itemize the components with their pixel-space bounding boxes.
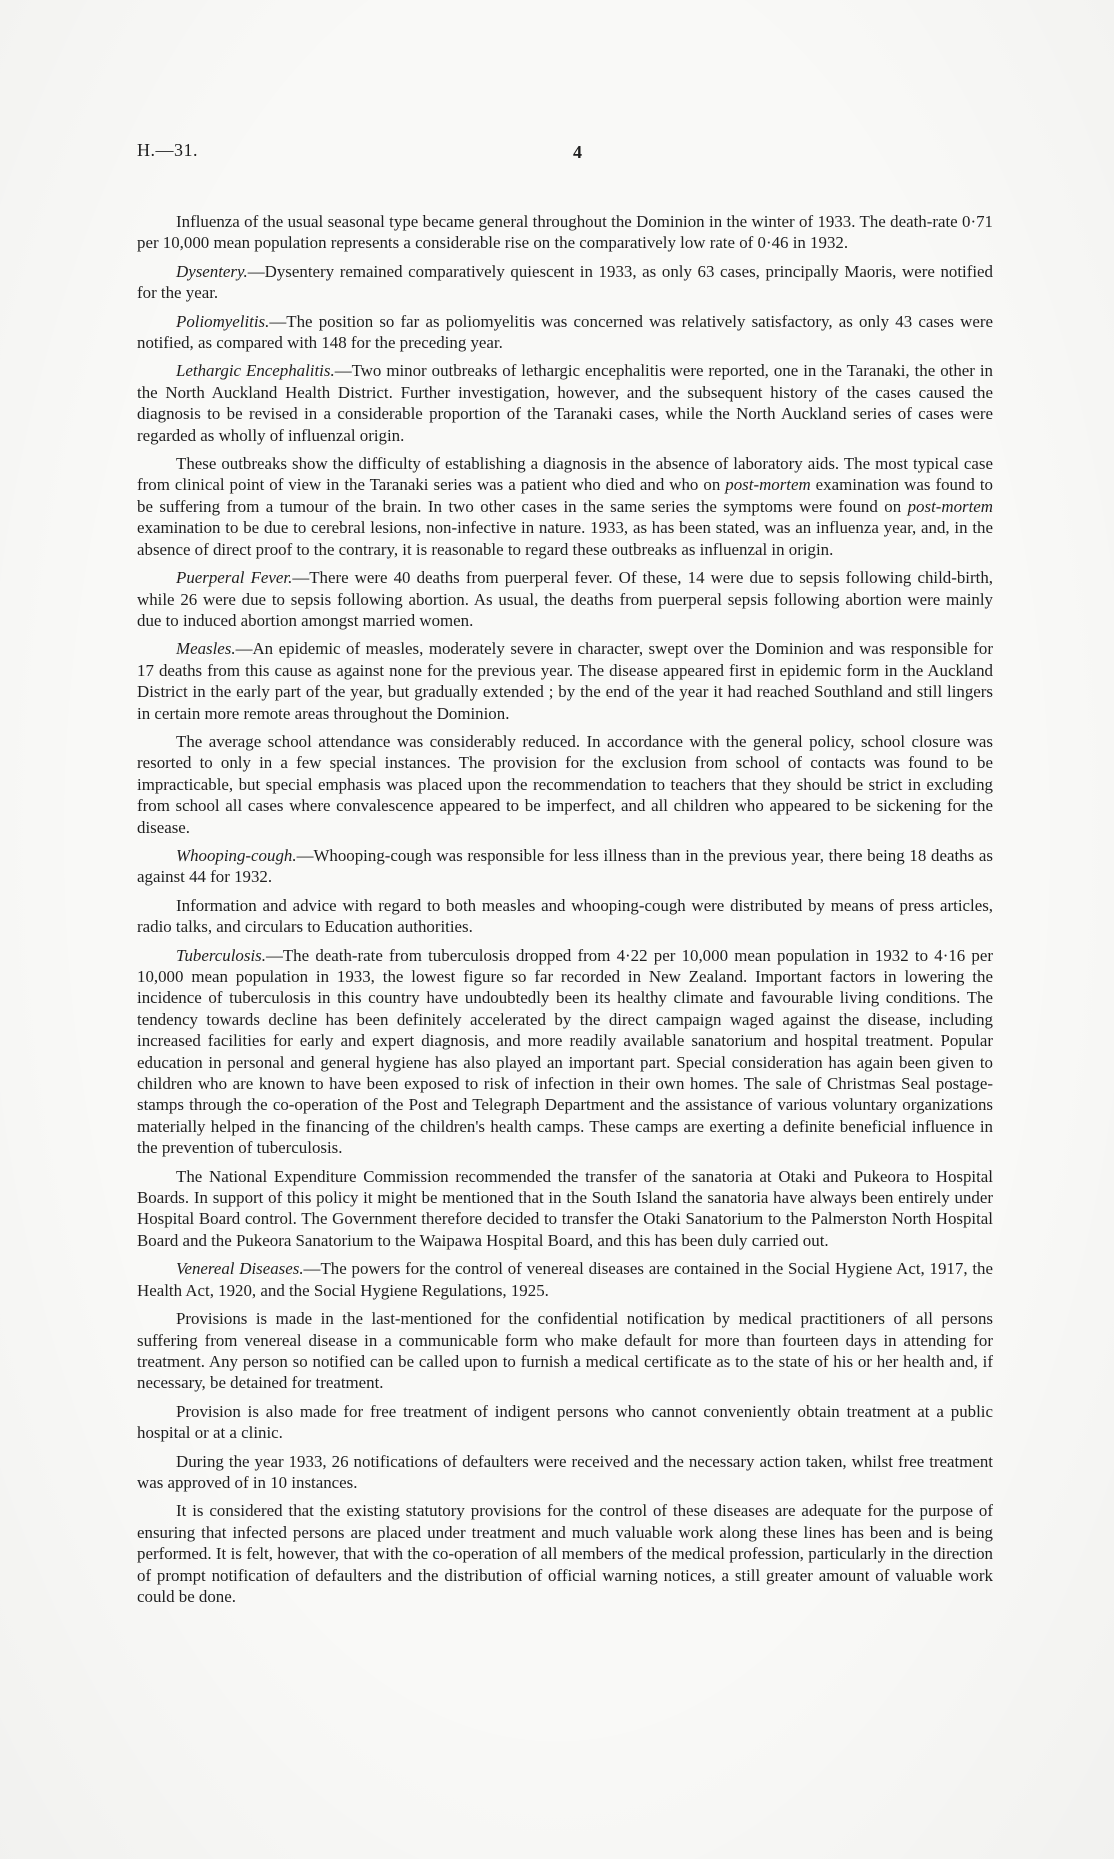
paragraph-text: —Dysentery remained comparatively quiesc… (137, 262, 993, 302)
paragraph: During the year 1933, 26 notifications o… (137, 1451, 993, 1494)
page-header: H.—31. 4 (137, 140, 993, 166)
paragraph-text: Influenza of the usual seasonal type bec… (137, 212, 993, 252)
paragraph: Poliomyelitis.—The position so far as po… (137, 311, 993, 354)
paragraph-text: —An epidemic of measles, moderately seve… (137, 639, 993, 722)
paragraph: Lethargic Encephalitis.—Two minor outbre… (137, 360, 993, 446)
page-number: 4 (573, 142, 582, 163)
paragraph-lead-italic: Lethargic Encephalitis. (176, 361, 335, 380)
paragraph-lead-italic: post-mortem (725, 475, 810, 494)
report-number: H.—31. (137, 140, 198, 161)
paragraph: Influenza of the usual seasonal type bec… (137, 211, 993, 254)
paragraph: It is considered that the existing statu… (137, 1500, 993, 1607)
paragraph-text: It is considered that the existing statu… (137, 1501, 993, 1606)
paragraph: Venereal Diseases.—The powers for the co… (137, 1258, 993, 1301)
paragraph-text: The average school attendance was consid… (137, 732, 993, 837)
paragraph-lead-italic: Tuberculosis. (176, 946, 266, 965)
paragraph: Information and advice with regard to bo… (137, 895, 993, 938)
paragraph: The National Expenditure Commission reco… (137, 1166, 993, 1252)
paragraph: Provisions is made in the last-mentioned… (137, 1308, 993, 1394)
paragraph: Whooping-cough.—Whooping-cough was respo… (137, 845, 993, 888)
paragraph-lead-italic: Poliomyelitis. (176, 312, 269, 331)
paragraph-lead-italic: Venereal Diseases. (176, 1259, 304, 1278)
scanned-document-page: H.—31. 4 Influenza of the usual seasonal… (0, 0, 1114, 1859)
paragraph-text: Provisions is made in the last-mentioned… (137, 1309, 993, 1392)
paragraph-text: examination to be due to cerebral lesion… (137, 518, 993, 558)
paragraph-lead-italic: Whooping-cough. (176, 846, 297, 865)
paragraph-lead-italic: Puerperal Fever. (176, 568, 292, 587)
paragraph-lead-italic: Dysentery. (176, 262, 248, 281)
paragraph: Provision is also made for free treatmen… (137, 1401, 993, 1444)
paragraph: The average school attendance was consid… (137, 731, 993, 838)
paragraph-lead-italic: post-mortem (908, 497, 993, 516)
paragraph-text: —The death-rate from tuberculosis droppe… (137, 946, 993, 1158)
paragraph-text: Provision is also made for free treatmen… (137, 1402, 993, 1442)
paragraph: These outbreaks show the difficulty of e… (137, 453, 993, 560)
document-body: Influenza of the usual seasonal type bec… (137, 211, 993, 1614)
paragraph-lead-italic: Measles. (176, 639, 236, 658)
paragraph: Dysentery.—Dysentery remained comparativ… (137, 261, 993, 304)
paragraph: Measles.—An epidemic of measles, moderat… (137, 638, 993, 724)
paragraph: Puerperal Fever.—There were 40 deaths fr… (137, 567, 993, 631)
paragraph: Tuberculosis.—The death-rate from tuberc… (137, 945, 993, 1159)
paragraph-text: During the year 1933, 26 notifications o… (137, 1452, 993, 1492)
paragraph-text: The National Expenditure Commission reco… (137, 1167, 993, 1250)
paragraph-text: Information and advice with regard to bo… (137, 896, 993, 936)
